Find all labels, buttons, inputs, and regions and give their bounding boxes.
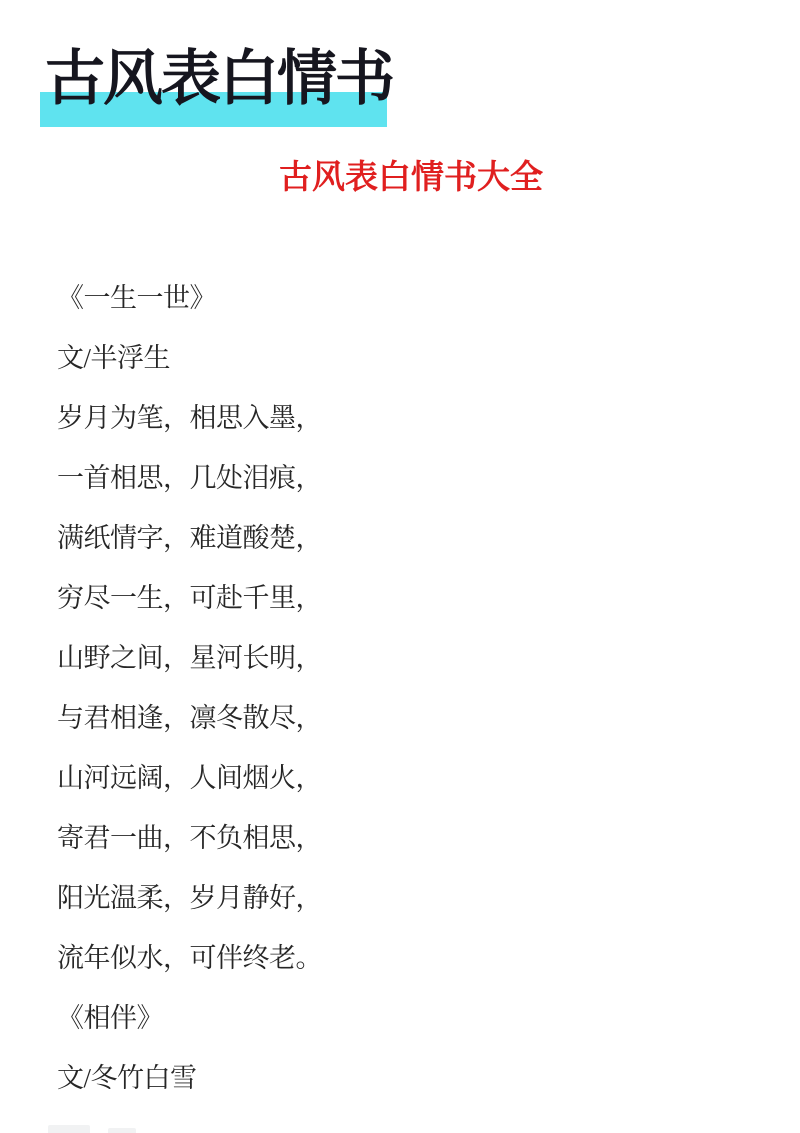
page-subtitle: 古风表白情书大全 <box>0 160 800 194</box>
poem-line: 穷尽一生，可赴千里， <box>57 568 757 628</box>
cutoff-next-line <box>0 1123 800 1133</box>
poem-line: 岁月为笔，相思入墨， <box>57 388 757 448</box>
poem-line: 流年似水，可伴终老。 <box>57 928 757 988</box>
poem-line: 满纸情字，难道酸楚， <box>57 508 757 568</box>
poem-line: 与君相逢，凛冬散尽， <box>57 688 757 748</box>
poem-line: 文/半浮生 <box>57 328 757 388</box>
document-page: 古风表白情书 古风表白情书大全 《一生一世》文/半浮生岁月为笔，相思入墨，一首相… <box>0 0 800 1133</box>
poem-line: 一首相思，几处泪痕， <box>57 448 757 508</box>
poem-line: 寄君一曲，不负相思， <box>57 808 757 868</box>
poem-body: 《一生一世》文/半浮生岁月为笔，相思入墨，一首相思，几处泪痕，满纸情字，难道酸楚… <box>57 268 757 1108</box>
poem-line: 阳光温柔，岁月静好， <box>57 868 757 928</box>
poem-line: 《相伴》 <box>57 988 757 1048</box>
title-block: 古风表白情书 <box>0 0 800 140</box>
cutoff-text-smudge <box>48 1125 90 1133</box>
cutoff-text-smudge <box>108 1128 136 1133</box>
poem-line: 山野之间，星河长明， <box>57 628 757 688</box>
poem-line: 文/冬竹白雪 <box>57 1048 757 1108</box>
poem-line: 山河远阔，人间烟火， <box>57 748 757 808</box>
page-title: 古风表白情书 <box>45 48 393 110</box>
poem-line: 《一生一世》 <box>57 268 757 328</box>
